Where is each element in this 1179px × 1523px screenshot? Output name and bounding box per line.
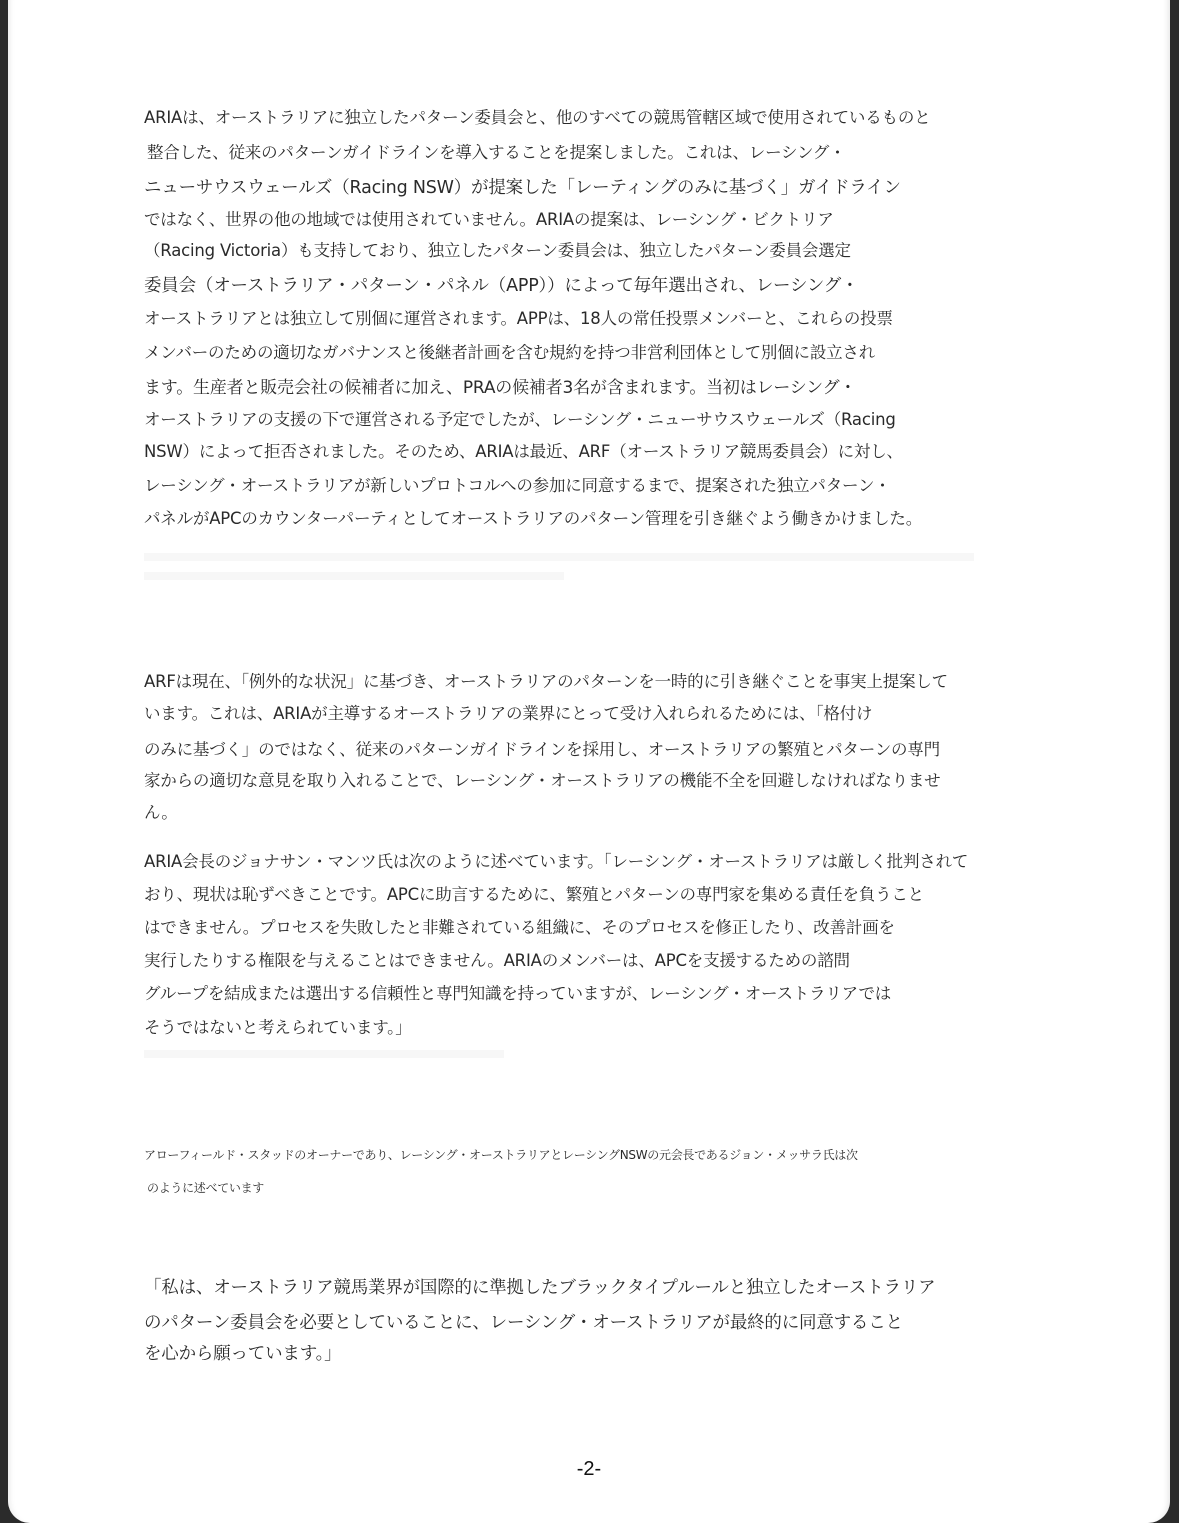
faint-artifact: [144, 1050, 504, 1058]
text-line: グループを結成または選出する信頼性と専門知識を持っていますが、レーシング・オース…: [144, 980, 891, 1004]
text-line: ARIA会長のジョナサン・マンツ氏は次のように述べています。「レーシング・オース…: [144, 848, 968, 872]
text-line: ニューサウスウェールズ（Racing NSW）が提案した「レーティングのみに基づ…: [144, 174, 901, 199]
text-line: ではなく、世界の他の地域では使用されていません。ARIAの提案は、レーシング・ビ…: [144, 206, 834, 230]
text-line: メンバーのための適切なガバナンスと後継者計画を含む規約を持つ非営利団体として別個…: [144, 339, 875, 363]
text-line: ARIAは、オーストラリアに独立したパターン委員会と、他のすべての競馬管轄区域で…: [144, 104, 930, 128]
text-line: 委員会（オーストラリア・パターン・パネル（APP））によって毎年選出され、レーシ…: [144, 272, 858, 297]
text-line: NSW）によって拒否されました。そのため、ARIAは最近、ARF（オーストラリア…: [144, 438, 903, 462]
text-line: はできません。プロセスを失敗したと非難されている組織に、そのプロセスを修正したり…: [144, 914, 895, 938]
text-line: オーストラリアとは独立して別個に運営されます。APPは、18人の常任投票メンバー…: [144, 305, 893, 329]
faint-artifact: [144, 572, 564, 580]
text-line: ます。生産者と販売会社の候補者に加え、PRAの候補者3名が含まれます。当初はレー…: [144, 373, 856, 398]
text-line: 整合した、従来のパターンガイドラインを導入することを提案しました。これは、レーシ…: [147, 139, 846, 163]
text-line: パネルがAPCのカウンターパーティとしてオーストラリアのパターン管理を引き継ぐよ…: [144, 505, 922, 529]
text-line: アローフィールド・スタッドのオーナーであり、レーシング・オーストラリアとレーシン…: [144, 1146, 858, 1163]
document-page: ARIAは、オーストラリアに独立したパターン委員会と、他のすべての競馬管轄区域で…: [8, 0, 1170, 1523]
faint-artifact: [144, 553, 974, 561]
text-line: のみに基づく」のではなく、従来のパターンガイドラインを採用し、オーストラリアの繁…: [144, 736, 940, 760]
text-line: を心から願っています。」: [144, 1340, 341, 1365]
text-line: そうではないと考えられています。」: [144, 1014, 412, 1038]
text-line: います。これは、ARIAが主導するオーストラリアの業界にとって受け入れられるため…: [144, 700, 872, 724]
text-line: のパターン委員会を必要としていることに、レーシング・オーストラリアが最終的に同意…: [144, 1309, 903, 1334]
text-line: のように述べています: [147, 1179, 264, 1196]
text-line: （Racing Victoria）も支持しており、独立したパターン委員会は、独立…: [144, 237, 851, 261]
page-number: -2-: [8, 1458, 1170, 1481]
text-line: ARFは現在、「例外的な状況」に基づき、オーストラリアのパターンを一時的に引き継…: [144, 668, 948, 692]
text-line: レーシング・オーストラリアが新しいプロトコルへの参加に同意するまで、提案された独…: [144, 472, 891, 496]
text-line: オーストラリアの支援の下で運営される予定でしたが、レーシング・ニューサウスウェー…: [144, 406, 896, 430]
text-line: 「私は、オーストラリア競馬業界が国際的に準拠したブラックタイプルールと独立したオ…: [144, 1274, 935, 1299]
text-line: おり、現状は恥ずべきことです。APCに助言するために、繁殖とパターンの専門家を集…: [144, 881, 924, 905]
text-line: 実行したりする権限を与えることはできません。ARIAのメンバーは、APCを支援す…: [144, 947, 850, 971]
text-line: ん。: [144, 799, 178, 823]
text-line: 家からの適切な意見を取り入れることで、レーシング・オーストラリアの機能不全を回避…: [144, 767, 940, 791]
